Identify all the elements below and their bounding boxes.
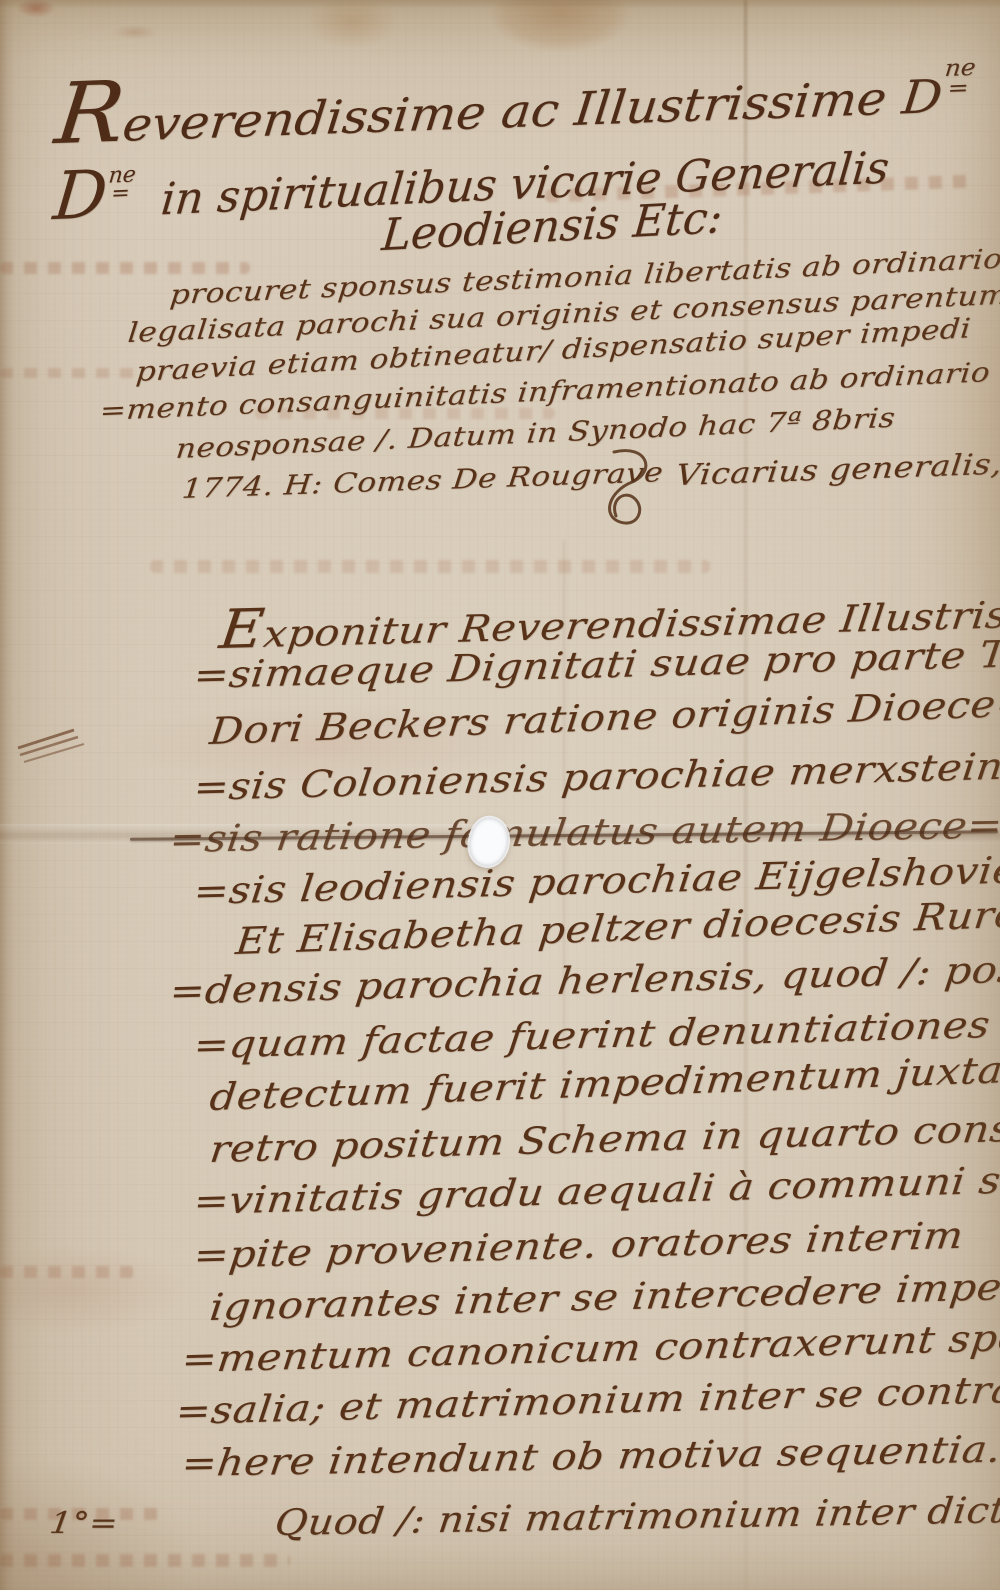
superscript-abbreviation: ne=: [106, 166, 137, 205]
bleedthrough-marks: [150, 560, 710, 573]
initial-letter: D: [50, 155, 110, 235]
body-line: =here intendunt ob motiva sequentia.: [179, 1428, 1000, 1485]
bleedthrough-marks: [0, 1554, 290, 1567]
manuscript-page: Reverendissime ac Illustrissime Dne= Dne…: [0, 0, 1000, 1590]
superscript-abbreviation: ne=: [942, 59, 977, 99]
bleedthrough-marks: [0, 368, 140, 378]
body-line: =sis Coloniensis parochiae merxsteinen=: [192, 742, 1000, 809]
margin-pen-strokes: [14, 722, 92, 770]
first-point-text: Quod /: nisi matrimonium inter dictos: [272, 1489, 1000, 1544]
bleedthrough-marks: [0, 1266, 135, 1278]
signer-title: Vicarius generalis,: [674, 447, 1000, 493]
bleedthrough-marks: [0, 262, 250, 274]
signature-paraph: [592, 446, 664, 534]
body-line: =pite proveniente. oratores interim: [192, 1214, 966, 1277]
first-point-number: 1°=: [48, 1506, 121, 1541]
